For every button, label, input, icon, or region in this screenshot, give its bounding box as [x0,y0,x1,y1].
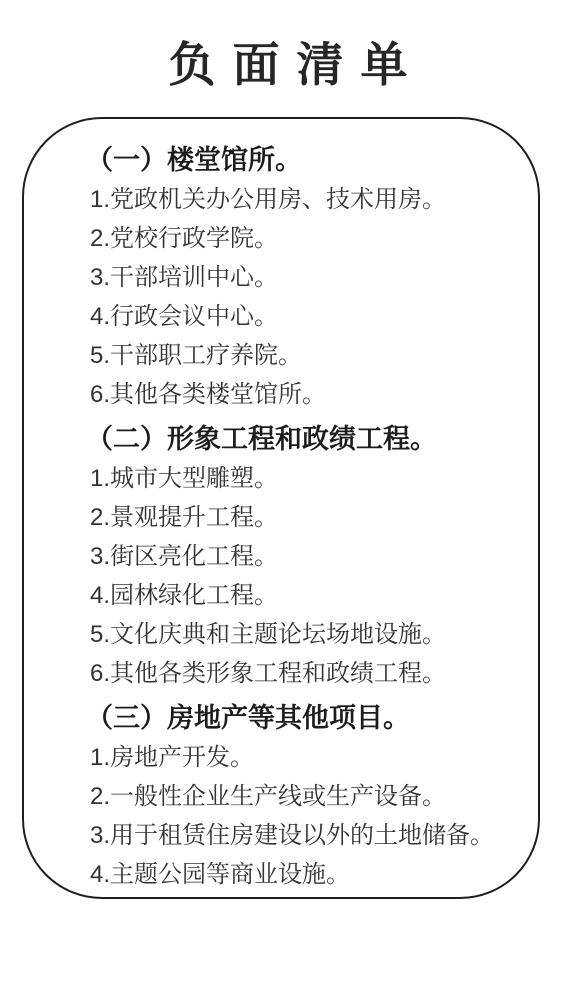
negative-list-panel: （一）楼堂馆所。 1.党政机关办公用房、技术用房。 2.党校行政学院。 3.干部… [22,117,540,899]
list-item: 5.干部职工疗养院。 [90,336,510,375]
list-item: 2.景观提升工程。 [90,498,510,537]
section-image-projects: （二）形象工程和政绩工程。 1.城市大型雕塑。 2.景观提升工程。 3.街区亮化… [90,420,510,693]
list-item: 6.其他各类形象工程和政绩工程。 [90,654,510,693]
list-item: 3.街区亮化工程。 [90,537,510,576]
list-item: 2.一般性企业生产线或生产设备。 [90,777,510,816]
document-page: 负面清单 （一）楼堂馆所。 1.党政机关办公用房、技术用房。 2.党校行政学院。… [0,0,576,981]
list-item: 3.干部培训中心。 [90,258,510,297]
section-heading: （三）房地产等其他项目。 [86,699,510,738]
list-item: 1.房地产开发。 [90,738,510,777]
list-item: 5.文化庆典和主题论坛场地设施。 [90,615,510,654]
section-heading: （一）楼堂馆所。 [86,141,510,180]
section-building-halls: （一）楼堂馆所。 1.党政机关办公用房、技术用房。 2.党校行政学院。 3.干部… [90,141,510,414]
list-item: 2.党校行政学院。 [90,219,510,258]
list-item: 6.其他各类楼堂馆所。 [90,375,510,414]
section-heading: （二）形象工程和政绩工程。 [86,420,510,459]
page-title: 负面清单 [0,28,576,95]
section-real-estate: （三）房地产等其他项目。 1.房地产开发。 2.一般性企业生产线或生产设备。 3… [90,699,510,894]
list-item: 4.行政会议中心。 [90,297,510,336]
list-item: 1.党政机关办公用房、技术用房。 [90,180,510,219]
list-item: 1.城市大型雕塑。 [90,459,510,498]
list-item: 3.用于租赁住房建设以外的土地储备。 [90,816,510,855]
list-item: 4.主题公园等商业设施。 [90,855,510,894]
list-item: 4.园林绿化工程。 [90,576,510,615]
